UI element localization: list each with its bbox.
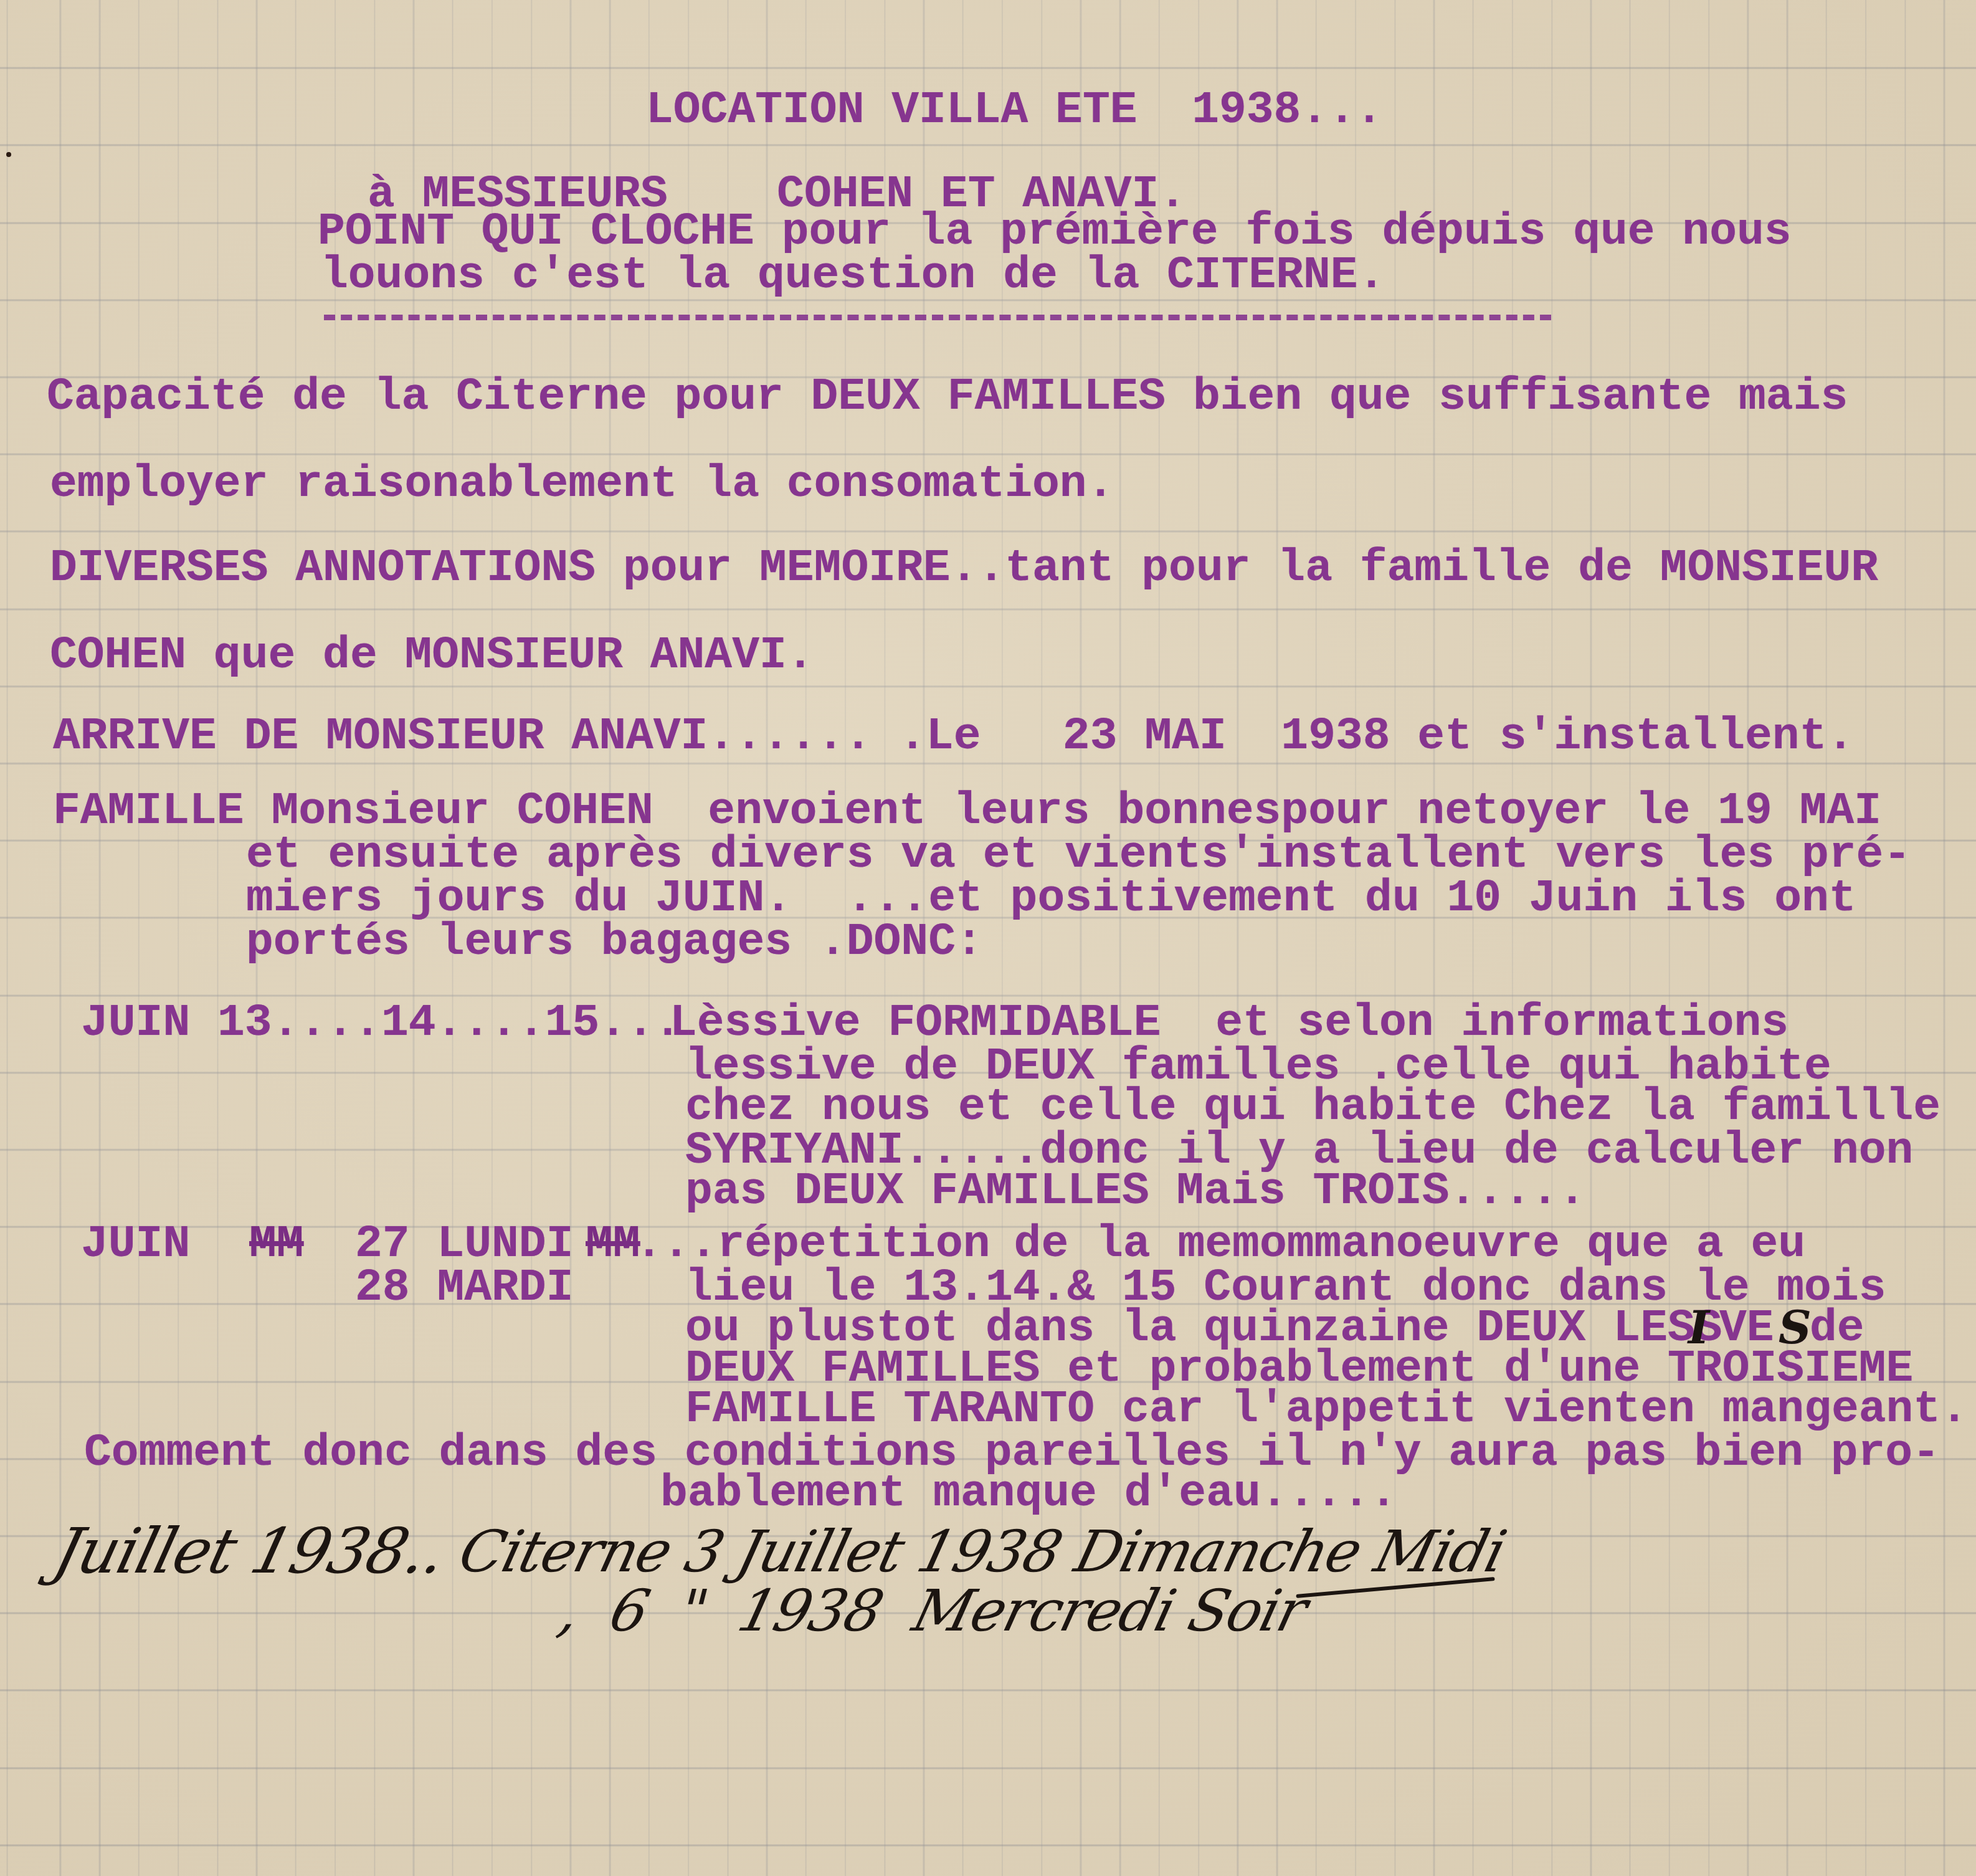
paragraph-annotations: DIVERSES ANNOTATIONS pour MEMOIRE..tant … [50, 545, 1878, 591]
cohen-family-line-2: et ensuite après divers va et vients'ins… [246, 832, 1911, 877]
cohen-family-line-4: portés leurs bagages .DONC: [246, 919, 983, 964]
entry-repetition: ...répetition [635, 1221, 990, 1267]
handwritten-cistern-note-2: , 6 " 1938 Mercredi Soir [554, 1583, 1312, 1640]
handwritten-date-july: Juillet 1938.. [49, 1520, 452, 1583]
intro-line-1: POINT QUI CLOCHE pour la prémière fois d… [318, 209, 1792, 254]
entry-month: JUIN [81, 1221, 190, 1267]
entry-date-monday: 27 LUNDI [355, 1221, 573, 1267]
paragraph-arrival-anavi: ARRIVE DE MONSIEUR ANAVI...... .Le 23 MA… [53, 713, 1854, 759]
paragraph-annotations-cont: COHEN que de MONSIEUR ANAVI. [50, 632, 814, 678]
paragraph-capacity: Capacité de la Citerne pour DEUX FAMILLE… [47, 374, 1848, 419]
cohen-family-line-3: miers jours du JUIN. ...et positivement … [246, 875, 1856, 921]
handwritten-cistern-note: Citerne 3 Juillet 1938 Dimanche Midi [454, 1523, 1511, 1581]
entry-line: FAMILLE TARANTO car l'appetit vienten ma… [685, 1386, 1968, 1432]
conclusion-line-2: bablement manque d'eau..... [660, 1470, 1397, 1516]
entry-line: Lèssive FORMIDABLE et selon informations [670, 1000, 1788, 1045]
cohen-family-lead: FAMILLE Monsieur COHEN envoient leurs bo… [53, 788, 1881, 834]
dashed-separator [324, 315, 1551, 320]
entry-date-tuesday: 28 MARDI [355, 1265, 573, 1310]
document-title: LOCATION VILLA ETE 1938... [646, 87, 1383, 133]
entry-line: chez nous et celle qui habite Chez la fa… [685, 1084, 1940, 1130]
struck-out-characters: MM [249, 1221, 304, 1267]
paragraph-consumption: employer raisonablement la consomation. [50, 461, 1114, 507]
entry-line: pas DEUX FAMILLES Mais TROIS..... [685, 1168, 1586, 1214]
intro-line-2: louons c'est la question de la CITERNE. [321, 252, 1385, 298]
entry-date-label: JUIN 13....14....15... [81, 1000, 682, 1045]
ink-spot [6, 152, 11, 157]
struck-out-characters: MM [586, 1221, 640, 1267]
entry-line: de la memommanoeuvre que a eu [959, 1221, 1805, 1267]
